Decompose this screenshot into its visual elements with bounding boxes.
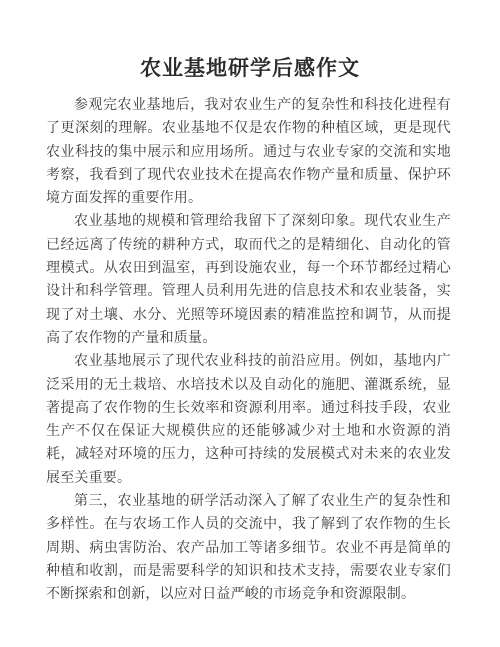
paragraph-1: 参观完农业基地后，我对农业生产的复杂性和科技化进程有了更深刻的理解。农业基地不仅… <box>46 94 451 210</box>
document-body: 参观完农业基地后，我对农业生产的复杂性和科技化进程有了更深刻的理解。农业基地不仅… <box>46 94 451 607</box>
paragraph-4: 第三，农业基地的研学活动深入了解了农业生产的复杂性和多样性。在与农场工作人员的交… <box>46 490 451 606</box>
document-title: 农业基地研学后感作文 <box>0 0 500 81</box>
paragraph-2: 农业基地的规模和管理给我留下了深刻印象。现代农业生产已经远离了传统的耕种方式，取… <box>46 210 451 350</box>
paragraph-3: 农业基地展示了现代农业科技的前沿应用。例如，基地内广泛采用的无土栽培、水培技术以… <box>46 350 451 490</box>
document-page: 农业基地研学后感作文 参观完农业基地后，我对农业生产的复杂性和科技化进程有了更深… <box>0 0 500 647</box>
